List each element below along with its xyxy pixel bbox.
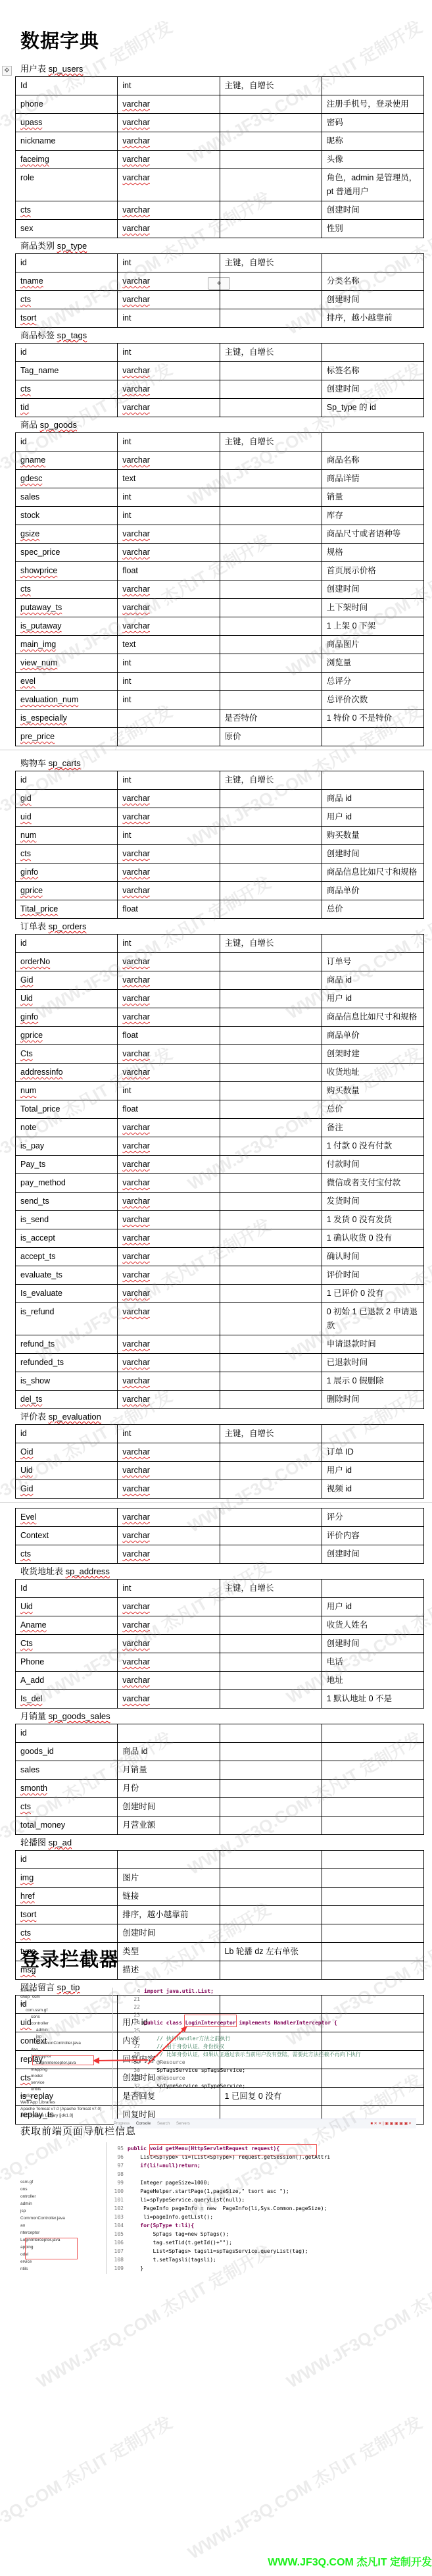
description-cell[interactable] bbox=[322, 1425, 423, 1443]
note-cell[interactable] bbox=[220, 132, 322, 151]
note-cell[interactable] bbox=[220, 1285, 322, 1303]
note-cell[interactable] bbox=[220, 451, 322, 470]
description-cell[interactable] bbox=[322, 344, 423, 362]
type-cell[interactable]: 创建时间 bbox=[118, 1798, 220, 1816]
note-cell[interactable] bbox=[220, 953, 322, 971]
note-cell[interactable] bbox=[220, 169, 322, 201]
field-name-cell[interactable]: showprice bbox=[16, 562, 118, 580]
field-name-cell[interactable]: tsort bbox=[16, 1906, 118, 1924]
description-cell[interactable]: 1 确认收货 0 没有 bbox=[322, 1229, 423, 1248]
field-name-cell[interactable]: orderNo bbox=[16, 953, 118, 971]
field-name-cell[interactable]: Uid bbox=[16, 1462, 118, 1480]
note-cell[interactable] bbox=[220, 1064, 322, 1082]
description-cell[interactable]: 1 发货 0 没有发货 bbox=[322, 1211, 423, 1229]
description-cell[interactable]: 总评价次数 bbox=[322, 691, 423, 709]
type-cell[interactable] bbox=[118, 728, 220, 746]
field-name-cell[interactable]: Pay_ts bbox=[16, 1156, 118, 1174]
type-cell[interactable]: float bbox=[118, 562, 220, 580]
note-cell[interactable] bbox=[220, 808, 322, 827]
note-cell[interactable] bbox=[220, 827, 322, 845]
field-name-cell[interactable]: Cts bbox=[16, 1635, 118, 1653]
note-cell[interactable] bbox=[220, 201, 322, 220]
type-cell[interactable]: varchar bbox=[118, 580, 220, 599]
type-cell[interactable]: int bbox=[118, 673, 220, 691]
note-cell[interactable] bbox=[220, 1906, 322, 1924]
type-cell[interactable]: 描述 bbox=[118, 1961, 220, 1980]
note-cell[interactable] bbox=[220, 1888, 322, 1906]
description-cell[interactable]: 用户 id bbox=[322, 1462, 423, 1480]
field-name-cell[interactable]: cts bbox=[16, 1545, 118, 1564]
tree-item[interactable]: mapping bbox=[20, 2067, 119, 2073]
description-cell[interactable]: 总价 bbox=[322, 900, 423, 919]
description-cell[interactable]: 商品名称 bbox=[322, 451, 423, 470]
note-cell[interactable] bbox=[220, 1724, 322, 1743]
field-name-cell[interactable]: gsize bbox=[16, 525, 118, 544]
type-cell[interactable]: varchar bbox=[118, 151, 220, 169]
note-cell[interactable] bbox=[220, 1211, 322, 1229]
description-cell[interactable]: 订单 ID bbox=[322, 1443, 423, 1462]
description-cell[interactable]: 创建时间 bbox=[322, 580, 423, 599]
type-cell[interactable]: varchar bbox=[118, 1335, 220, 1354]
note-cell[interactable]: 是否特价 bbox=[220, 709, 322, 728]
tree-item[interactable]: JRE System Library [jdk1.8] bbox=[20, 2113, 119, 2119]
description-cell[interactable]: 库存 bbox=[322, 507, 423, 525]
type-cell[interactable]: 排序，越小越靠前 bbox=[118, 1906, 220, 1924]
description-cell[interactable] bbox=[322, 1869, 423, 1888]
field-name-cell[interactable]: ginfo bbox=[16, 1008, 118, 1027]
note-cell[interactable] bbox=[220, 790, 322, 808]
note-cell[interactable] bbox=[220, 1354, 322, 1372]
field-name-cell[interactable]: pre_price bbox=[16, 728, 118, 746]
type-cell[interactable]: 商品 id bbox=[118, 1743, 220, 1761]
description-cell[interactable]: 评价时间 bbox=[322, 1266, 423, 1285]
type-cell[interactable]: varchar bbox=[118, 1303, 220, 1335]
field-name-cell[interactable]: is_accept bbox=[16, 1229, 118, 1248]
note-cell[interactable] bbox=[220, 1462, 322, 1480]
type-cell[interactable]: varchar bbox=[118, 1156, 220, 1174]
type-cell[interactable]: varchar bbox=[118, 362, 220, 380]
description-cell[interactable] bbox=[322, 1798, 423, 1816]
type-cell[interactable]: int bbox=[118, 433, 220, 451]
description-cell[interactable]: 性别 bbox=[322, 220, 423, 238]
note-cell[interactable] bbox=[220, 863, 322, 882]
description-cell[interactable]: 评分 bbox=[322, 1508, 423, 1527]
field-name-cell[interactable]: Id bbox=[16, 77, 118, 95]
field-name-cell[interactable]: goods_id bbox=[16, 1743, 118, 1761]
note-cell[interactable]: 主键，自增长 bbox=[220, 1580, 322, 1598]
description-cell[interactable]: 购买数量 bbox=[322, 827, 423, 845]
type-cell[interactable]: varchar bbox=[118, 291, 220, 309]
field-name-cell[interactable]: cts bbox=[16, 380, 118, 399]
description-cell[interactable] bbox=[322, 1961, 423, 1980]
description-cell[interactable] bbox=[322, 1816, 423, 1835]
note-cell[interactable] bbox=[220, 1008, 322, 1027]
note-cell[interactable]: 主键，自增长 bbox=[220, 254, 322, 272]
description-cell[interactable] bbox=[322, 1851, 423, 1869]
note-cell[interactable] bbox=[220, 362, 322, 380]
description-cell[interactable]: 付款时间 bbox=[322, 1156, 423, 1174]
field-name-cell[interactable]: Oid bbox=[16, 1443, 118, 1462]
type-cell[interactable]: varchar bbox=[118, 1174, 220, 1193]
tree-item[interactable]: ssm.gf bbox=[20, 2178, 119, 2186]
type-cell[interactable]: int bbox=[118, 827, 220, 845]
field-name-cell[interactable]: smonth bbox=[16, 1780, 118, 1798]
description-cell[interactable]: 注册手机号，登录使用 bbox=[322, 95, 423, 114]
type-cell[interactable]: varchar bbox=[118, 272, 220, 291]
description-cell[interactable]: 1 已评价 0 没有 bbox=[322, 1285, 423, 1303]
field-name-cell[interactable]: evaluate_ts bbox=[16, 1266, 118, 1285]
note-cell[interactable] bbox=[220, 599, 322, 617]
note-cell[interactable]: 主键，自增长 bbox=[220, 433, 322, 451]
note-cell[interactable] bbox=[220, 1229, 322, 1248]
note-cell[interactable] bbox=[220, 1045, 322, 1064]
type-cell[interactable]: 月销量 bbox=[118, 1761, 220, 1780]
type-cell[interactable]: varchar bbox=[118, 1354, 220, 1372]
description-cell[interactable] bbox=[322, 1924, 423, 1943]
description-cell[interactable]: 评价内容 bbox=[322, 1527, 423, 1545]
type-cell[interactable]: varchar bbox=[118, 1045, 220, 1064]
description-cell[interactable] bbox=[322, 1943, 423, 1961]
type-cell[interactable]: varchar bbox=[118, 1211, 220, 1229]
type-cell[interactable]: 月营业额 bbox=[118, 1816, 220, 1835]
type-cell[interactable]: varchar bbox=[118, 1616, 220, 1635]
tree-item[interactable]: shop_ssm bbox=[20, 1994, 119, 2001]
type-cell[interactable]: varchar bbox=[118, 1598, 220, 1616]
field-name-cell[interactable]: id bbox=[16, 935, 118, 953]
type-cell[interactable]: int bbox=[118, 1082, 220, 1100]
note-cell[interactable] bbox=[220, 1653, 322, 1672]
type-cell[interactable]: varchar bbox=[118, 399, 220, 417]
description-cell[interactable]: 收货地址 bbox=[322, 1064, 423, 1082]
type-cell[interactable]: int bbox=[118, 691, 220, 709]
type-cell[interactable]: varchar bbox=[118, 971, 220, 990]
type-cell[interactable]: int bbox=[118, 1425, 220, 1443]
note-cell[interactable] bbox=[220, 971, 322, 990]
note-cell[interactable] bbox=[220, 220, 322, 238]
type-cell[interactable]: float bbox=[118, 1027, 220, 1045]
note-cell[interactable] bbox=[220, 990, 322, 1008]
type-cell[interactable]: varchar bbox=[118, 451, 220, 470]
type-cell[interactable]: varchar bbox=[118, 525, 220, 544]
tree-item[interactable]: ons bbox=[20, 2186, 119, 2193]
note-cell[interactable] bbox=[220, 1616, 322, 1635]
description-cell[interactable]: 分类名称 bbox=[322, 272, 423, 291]
type-cell[interactable] bbox=[118, 1724, 220, 1743]
description-cell[interactable]: 创架时建 bbox=[322, 1045, 423, 1064]
field-name-cell[interactable]: Tag_name bbox=[16, 362, 118, 380]
field-name-cell[interactable]: gid bbox=[16, 790, 118, 808]
type-cell[interactable]: varchar bbox=[118, 808, 220, 827]
type-cell[interactable]: varchar bbox=[118, 95, 220, 114]
type-cell[interactable]: 创建时间 bbox=[118, 1924, 220, 1943]
description-cell[interactable]: Sp_type 的 id bbox=[322, 399, 423, 417]
type-cell[interactable]: int bbox=[118, 488, 220, 507]
field-name-cell[interactable]: is_send bbox=[16, 1211, 118, 1229]
type-cell[interactable]: varchar bbox=[118, 1391, 220, 1409]
field-name-cell[interactable]: evaluation_num bbox=[16, 691, 118, 709]
type-cell[interactable]: varchar bbox=[118, 790, 220, 808]
description-cell[interactable] bbox=[322, 1761, 423, 1780]
description-cell[interactable]: 密码 bbox=[322, 114, 423, 132]
type-cell[interactable]: varchar bbox=[118, 1193, 220, 1211]
type-cell[interactable]: varchar bbox=[118, 1545, 220, 1564]
field-name-cell[interactable]: Evel bbox=[16, 1508, 118, 1527]
description-cell[interactable] bbox=[322, 935, 423, 953]
type-cell[interactable]: int bbox=[118, 1580, 220, 1598]
field-name-cell[interactable]: Uid bbox=[16, 1598, 118, 1616]
description-cell[interactable] bbox=[322, 771, 423, 790]
note-cell[interactable] bbox=[220, 309, 322, 328]
type-cell[interactable]: varchar bbox=[118, 1137, 220, 1156]
field-name-cell[interactable]: evel bbox=[16, 673, 118, 691]
description-cell[interactable]: 总价 bbox=[322, 1100, 423, 1119]
description-cell[interactable]: 备注 bbox=[322, 1119, 423, 1137]
field-name-cell[interactable]: Context bbox=[16, 1527, 118, 1545]
type-cell[interactable]: float bbox=[118, 900, 220, 919]
description-cell[interactable] bbox=[322, 1580, 423, 1598]
description-cell[interactable] bbox=[322, 728, 423, 746]
field-name-cell[interactable]: putaway_ts bbox=[16, 599, 118, 617]
note-cell[interactable]: 主键，自增长 bbox=[220, 771, 322, 790]
note-cell[interactable] bbox=[220, 1635, 322, 1653]
note-cell[interactable]: 原价 bbox=[220, 728, 322, 746]
description-cell[interactable]: 商品尺寸或者语种等 bbox=[322, 525, 423, 544]
tab-console[interactable]: Console bbox=[136, 2122, 151, 2126]
field-name-cell[interactable]: cts bbox=[16, 845, 118, 863]
note-cell[interactable] bbox=[220, 470, 322, 488]
type-cell[interactable] bbox=[118, 709, 220, 728]
field-name-cell[interactable]: Gid bbox=[16, 971, 118, 990]
field-name-cell[interactable]: num bbox=[16, 827, 118, 845]
field-name-cell[interactable]: spec_price bbox=[16, 544, 118, 562]
note-cell[interactable] bbox=[220, 1082, 322, 1100]
note-cell[interactable] bbox=[220, 1027, 322, 1045]
note-cell[interactable] bbox=[220, 580, 322, 599]
type-cell[interactable]: text bbox=[118, 636, 220, 654]
field-name-cell[interactable]: id bbox=[16, 1425, 118, 1443]
tree-item[interactable]: untils bbox=[20, 2086, 119, 2093]
field-name-cell[interactable]: Is_del bbox=[16, 1690, 118, 1709]
description-cell[interactable]: 创建时间 bbox=[322, 1635, 423, 1653]
field-name-cell[interactable]: tsort bbox=[16, 309, 118, 328]
field-name-cell[interactable]: main_img bbox=[16, 636, 118, 654]
description-cell[interactable]: 商品详情 bbox=[322, 470, 423, 488]
note-cell[interactable] bbox=[220, 1248, 322, 1266]
note-cell[interactable] bbox=[220, 1851, 322, 1869]
description-cell[interactable]: 确认时间 bbox=[322, 1248, 423, 1266]
note-cell[interactable] bbox=[220, 691, 322, 709]
type-cell[interactable]: int bbox=[118, 654, 220, 673]
note-cell[interactable]: 主键，自增长 bbox=[220, 1425, 322, 1443]
field-name-cell[interactable]: is_pay bbox=[16, 1137, 118, 1156]
field-name-cell[interactable]: cts bbox=[16, 291, 118, 309]
type-cell[interactable]: varchar bbox=[118, 990, 220, 1008]
description-cell[interactable]: 商品单价 bbox=[322, 1027, 423, 1045]
field-name-cell[interactable]: phone bbox=[16, 95, 118, 114]
field-name-cell[interactable]: tid bbox=[16, 399, 118, 417]
type-cell[interactable]: varchar bbox=[118, 220, 220, 238]
note-cell[interactable] bbox=[220, 488, 322, 507]
type-cell[interactable]: varchar bbox=[118, 1653, 220, 1672]
description-cell[interactable]: 1 默认地址 0 不是 bbox=[322, 1690, 423, 1709]
field-name-cell[interactable]: cts bbox=[16, 580, 118, 599]
note-cell[interactable] bbox=[220, 114, 322, 132]
field-name-cell[interactable]: gname bbox=[16, 451, 118, 470]
tree-item[interactable]: jsp bbox=[20, 2207, 119, 2215]
type-cell[interactable]: 链接 bbox=[118, 1888, 220, 1906]
field-name-cell[interactable]: uid bbox=[16, 808, 118, 827]
type-cell[interactable]: varchar bbox=[118, 1229, 220, 1248]
field-name-cell[interactable]: Is_evaluate bbox=[16, 1285, 118, 1303]
field-name-cell[interactable]: Tital_price bbox=[16, 900, 118, 919]
note-cell[interactable] bbox=[220, 151, 322, 169]
tree-item[interactable]: admin bbox=[20, 2200, 119, 2207]
field-name-cell[interactable]: sales bbox=[16, 488, 118, 507]
note-cell[interactable] bbox=[220, 1924, 322, 1943]
tree-item[interactable]: model bbox=[20, 2073, 119, 2080]
type-cell[interactable]: varchar bbox=[118, 1064, 220, 1082]
note-cell[interactable]: 主键，自增长 bbox=[220, 344, 322, 362]
note-cell[interactable] bbox=[220, 1193, 322, 1211]
note-cell[interactable] bbox=[220, 544, 322, 562]
type-cell[interactable]: varchar bbox=[118, 845, 220, 863]
field-name-cell[interactable]: total_money bbox=[16, 1816, 118, 1835]
description-cell[interactable]: 收货人姓名 bbox=[322, 1616, 423, 1635]
description-cell[interactable]: 创建时间 bbox=[322, 201, 423, 220]
type-cell[interactable]: int bbox=[118, 935, 220, 953]
note-cell[interactable] bbox=[220, 1137, 322, 1156]
description-cell[interactable]: 发货时间 bbox=[322, 1193, 423, 1211]
description-cell[interactable]: 0 初始 1 已退款 2 申请退款 bbox=[322, 1303, 423, 1335]
type-cell[interactable]: varchar bbox=[118, 953, 220, 971]
description-cell[interactable]: 头像 bbox=[322, 151, 423, 169]
field-name-cell[interactable]: tname bbox=[16, 272, 118, 291]
field-name-cell[interactable]: sex bbox=[16, 220, 118, 238]
field-name-cell[interactable]: sales bbox=[16, 1761, 118, 1780]
field-name-cell[interactable]: Aname bbox=[16, 1616, 118, 1635]
description-cell[interactable]: 昵称 bbox=[322, 132, 423, 151]
tree-item[interactable]: config bbox=[20, 2093, 119, 2099]
description-cell[interactable]: 规格 bbox=[322, 544, 423, 562]
note-cell[interactable] bbox=[220, 1335, 322, 1354]
description-cell[interactable]: 创建时间 bbox=[322, 845, 423, 863]
console-toolbar-icons[interactable]: ■ ✕ ✕ | ▣ ▣ ▣ ▣ ▣ ▾ bbox=[370, 2119, 411, 2128]
type-cell[interactable]: varchar bbox=[118, 1266, 220, 1285]
description-cell[interactable]: 删除时间 bbox=[322, 1391, 423, 1409]
tree-item[interactable]: nterceptor bbox=[20, 2229, 119, 2236]
field-name-cell[interactable]: pay_method bbox=[16, 1174, 118, 1193]
tab-search[interactable]: Search bbox=[157, 2122, 170, 2126]
note-cell[interactable] bbox=[220, 1869, 322, 1888]
note-cell[interactable] bbox=[220, 1174, 322, 1193]
description-cell[interactable] bbox=[322, 254, 423, 272]
type-cell[interactable]: varchar bbox=[118, 599, 220, 617]
description-cell[interactable]: 首页展示价格 bbox=[322, 562, 423, 580]
field-name-cell[interactable]: is_putaway bbox=[16, 617, 118, 636]
tree-item[interactable]: CommonController.java bbox=[20, 2215, 119, 2222]
note-cell[interactable] bbox=[220, 1545, 322, 1564]
field-name-cell[interactable]: is_refund bbox=[16, 1303, 118, 1335]
type-cell[interactable]: varchar bbox=[118, 1443, 220, 1462]
note-cell[interactable] bbox=[220, 525, 322, 544]
note-cell[interactable] bbox=[220, 380, 322, 399]
note-cell[interactable] bbox=[220, 673, 322, 691]
note-cell[interactable] bbox=[220, 1119, 322, 1137]
field-name-cell[interactable]: upass bbox=[16, 114, 118, 132]
field-name-cell[interactable]: id bbox=[16, 344, 118, 362]
tree-item[interactable]: com.ssm.gf bbox=[20, 2007, 119, 2014]
field-name-cell[interactable]: id bbox=[16, 771, 118, 790]
type-cell[interactable]: int bbox=[118, 254, 220, 272]
note-cell[interactable] bbox=[220, 1391, 322, 1409]
field-name-cell[interactable]: del_ts bbox=[16, 1391, 118, 1409]
note-cell[interactable]: Lb 轮播 dz 左右单张 bbox=[220, 1943, 322, 1961]
description-cell[interactable] bbox=[322, 1888, 423, 1906]
description-cell[interactable]: 视频 id bbox=[322, 1480, 423, 1499]
description-cell[interactable]: 商品 id bbox=[322, 790, 423, 808]
note-cell[interactable] bbox=[220, 1443, 322, 1462]
description-cell[interactable]: 申请退款时间 bbox=[322, 1335, 423, 1354]
description-cell[interactable]: 1 上架 0 下架 bbox=[322, 617, 423, 636]
note-cell[interactable] bbox=[220, 1780, 322, 1798]
tree-item[interactable]: service bbox=[20, 2080, 119, 2086]
tree-item[interactable]: ao bbox=[20, 2222, 119, 2229]
note-cell[interactable] bbox=[220, 95, 322, 114]
field-name-cell[interactable]: Gid bbox=[16, 1480, 118, 1499]
note-cell[interactable] bbox=[220, 1303, 322, 1335]
type-cell[interactable]: varchar bbox=[118, 114, 220, 132]
type-cell[interactable]: varchar bbox=[118, 1119, 220, 1137]
description-cell[interactable] bbox=[322, 433, 423, 451]
description-cell[interactable]: 总评分 bbox=[322, 673, 423, 691]
note-cell[interactable] bbox=[220, 1480, 322, 1499]
description-cell[interactable]: 1 特价 0 不是特价 bbox=[322, 709, 423, 728]
field-name-cell[interactable]: gprice bbox=[16, 882, 118, 900]
note-cell[interactable] bbox=[220, 1798, 322, 1816]
field-name-cell[interactable]: nickname bbox=[16, 132, 118, 151]
description-cell[interactable] bbox=[322, 1780, 423, 1798]
note-cell[interactable] bbox=[220, 1743, 322, 1761]
field-name-cell[interactable]: Phone bbox=[16, 1653, 118, 1672]
note-cell[interactable] bbox=[220, 291, 322, 309]
type-cell[interactable]: int bbox=[118, 507, 220, 525]
type-cell[interactable]: 月份 bbox=[118, 1780, 220, 1798]
note-cell[interactable]: 主键，自增长 bbox=[220, 77, 322, 95]
field-name-cell[interactable]: view_num bbox=[16, 654, 118, 673]
description-cell[interactable]: 用户 id bbox=[322, 1598, 423, 1616]
type-cell[interactable]: 类型 bbox=[118, 1943, 220, 1961]
field-name-cell[interactable]: stock bbox=[16, 507, 118, 525]
field-name-cell[interactable]: addressinfo bbox=[16, 1064, 118, 1082]
type-cell[interactable]: varchar bbox=[118, 1248, 220, 1266]
note-cell[interactable] bbox=[220, 1690, 322, 1709]
note-cell[interactable] bbox=[220, 1672, 322, 1690]
note-cell[interactable] bbox=[220, 562, 322, 580]
type-cell[interactable]: varchar bbox=[118, 169, 220, 201]
note-cell[interactable] bbox=[220, 1266, 322, 1285]
field-name-cell[interactable]: cts bbox=[16, 1924, 118, 1943]
field-name-cell[interactable]: Uid bbox=[16, 990, 118, 1008]
description-cell[interactable]: 电话 bbox=[322, 1653, 423, 1672]
type-cell[interactable]: varchar bbox=[118, 380, 220, 399]
description-cell[interactable] bbox=[322, 1906, 423, 1924]
field-name-cell[interactable]: ginfo bbox=[16, 863, 118, 882]
type-cell[interactable]: varchar bbox=[118, 544, 220, 562]
type-cell[interactable]: varchar bbox=[118, 1508, 220, 1527]
tree-item[interactable]: cons bbox=[20, 2014, 119, 2021]
description-cell[interactable]: 微信或者支付宝付款 bbox=[322, 1174, 423, 1193]
field-name-cell[interactable]: send_ts bbox=[16, 1193, 118, 1211]
